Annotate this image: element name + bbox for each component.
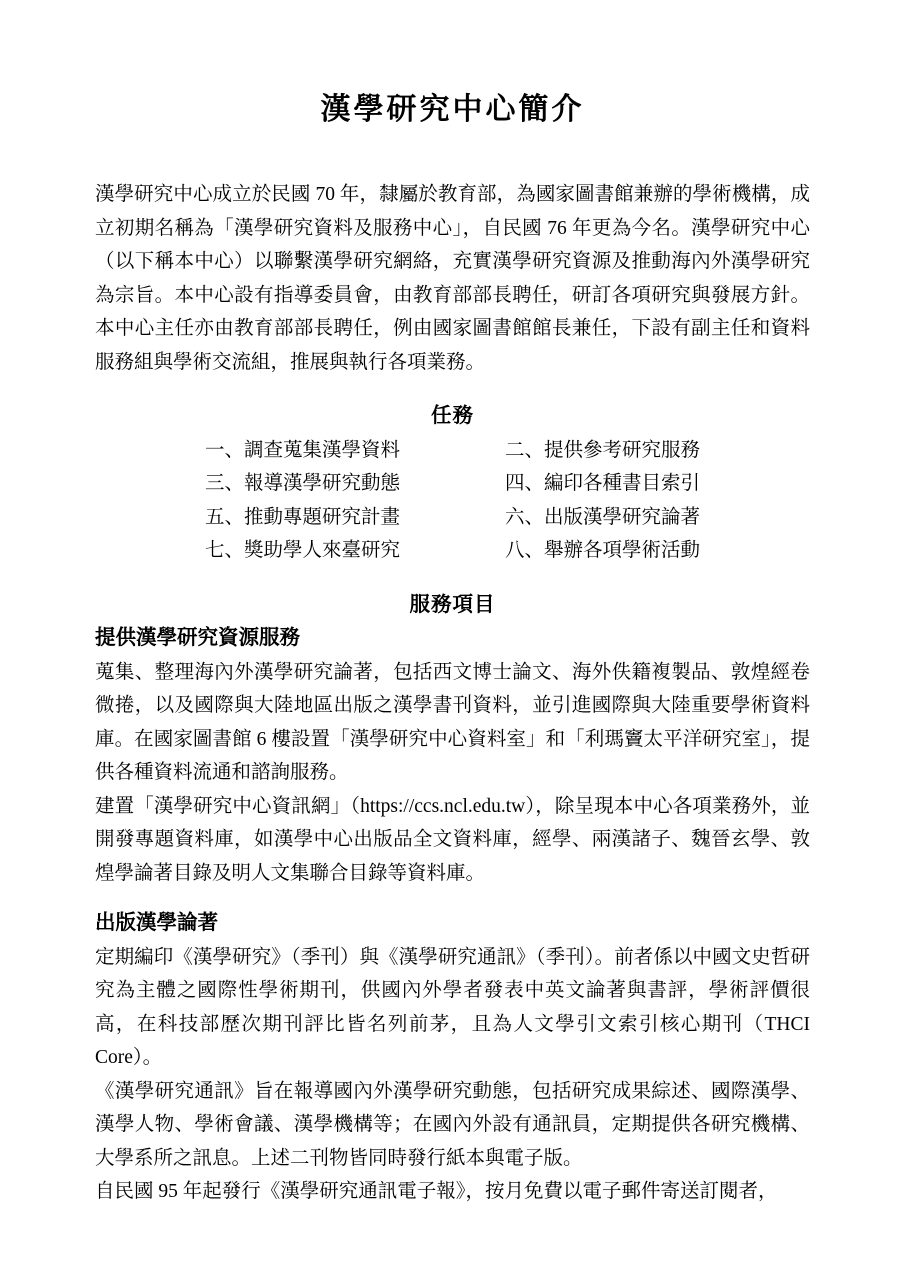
publications-subheading: 出版漢學論著 (95, 907, 810, 941)
task-item-6: 六、出版漢學研究論著 (505, 501, 810, 535)
task-item-8: 八、舉辦各項學術活動 (505, 534, 810, 568)
task-item-1: 一、調查蒐集漢學資料 (205, 434, 505, 468)
task-item-3: 三、報導漢學研究動態 (205, 467, 505, 501)
services-heading: 服務項目 (95, 589, 810, 623)
resources-paragraph-1: 蒐集、整理海內外漢學研究論著，包括西文博士論文、海外佚籍複製品、敦煌經卷微捲，以… (95, 656, 810, 790)
task-item-5: 五、推動專題研究計畫 (205, 501, 505, 535)
task-item-7: 七、獎助學人來臺研究 (205, 534, 505, 568)
page-title: 漢學研究中心簡介 (95, 86, 810, 134)
intro-paragraph: 漢學研究中心成立於民國 70 年，隸屬於教育部，為國家圖書館兼辦的學術機構，成立… (95, 178, 810, 379)
document-page: 漢學研究中心簡介 漢學研究中心成立於民國 70 年，隸屬於教育部，為國家圖書館兼… (0, 0, 905, 1280)
tasks-heading: 任務 (95, 400, 810, 434)
tasks-list: 一、調查蒐集漢學資料 二、提供參考研究服務 三、報導漢學研究動態 四、編印各種書… (205, 434, 810, 568)
publications-paragraph-2: 《漢學研究通訊》旨在報導國內外漢學研究動態，包括研究成果綜述、國際漢學、漢學人物… (95, 1075, 810, 1176)
task-item-2: 二、提供參考研究服務 (505, 434, 810, 468)
task-item-4: 四、編印各種書目索引 (505, 467, 810, 501)
publications-paragraph-3: 自民國 95 年起發行《漢學研究通訊電子報》，按月免費以電子郵件寄送訂閱者， (95, 1175, 810, 1209)
resources-subheading: 提供漢學研究資源服務 (95, 622, 810, 656)
resources-paragraph-2: 建置「漢學研究中心資訊網」（https://ccs.ncl.edu.tw），除呈… (95, 790, 810, 891)
publications-paragraph-1: 定期編印《漢學研究》（季刊）與《漢學研究通訊》（季刊）。前者係以中國文史哲研究為… (95, 941, 810, 1075)
